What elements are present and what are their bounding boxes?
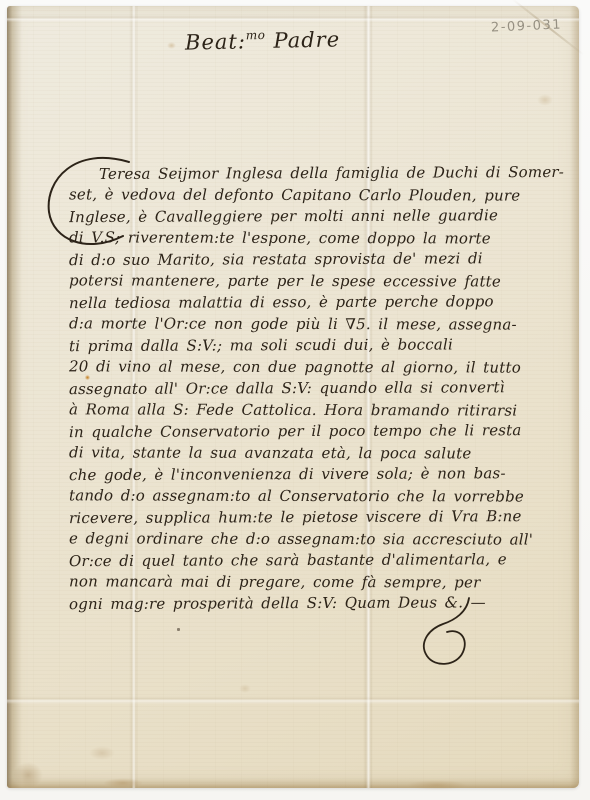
paper-bottom-edge (7, 778, 579, 788)
salutation-heading: Beat:moPadre (185, 26, 341, 54)
letter-line: set, è vedova del defonto Capitano Carlo… (69, 184, 571, 207)
paper-right-edge (570, 6, 579, 788)
letter-line: ogni mag:re prosperità della S:V: Quam D… (69, 592, 571, 616)
letter-line: à Roma alla S: Fede Cattolica. Hora bram… (69, 399, 571, 422)
letter-line: di vita, stante la sua avanzata età, la … (69, 442, 571, 465)
letter-line: in qualche Conservatorio per il poco tem… (69, 420, 571, 444)
closing-flourish (411, 594, 481, 672)
letter-line: Teresa Seijmor Inglesa della famiglia de… (69, 162, 571, 186)
letter-body: Teresa Seijmor Inglesa della famiglia de… (69, 163, 571, 615)
letter-line: di d:o suo Marito, sia restata sprovista… (69, 248, 571, 272)
foxing-spot (537, 94, 553, 106)
salutation-suffix: Padre (273, 27, 340, 52)
letter-line: tando d:o assegnam:to al Conservatorio c… (69, 485, 571, 508)
letter-line: e degni ordinare che d:o assegnam:to sia… (69, 528, 571, 551)
letter-line: nella tediosa malattia di esso, è parte … (69, 291, 571, 315)
fold-crease-horizontal-bottom (7, 696, 579, 704)
foxing-spot (239, 684, 251, 693)
letter-line: 20 di vino al mese, con due pagnotte al … (69, 356, 571, 379)
letter-line: non mancarà mai di pregare, come fà semp… (69, 571, 571, 594)
ink-speck (177, 628, 180, 631)
document-photo: 2-09-031 Beat:moPadre Teresa Seijmor Ing… (0, 0, 590, 800)
paper-left-edge (7, 6, 22, 788)
foxing-spot (89, 746, 115, 760)
letter-line: ti prima dalla S:V:; ma soli scudi dui, … (69, 334, 571, 358)
salutation-superscript: mo (246, 28, 266, 42)
foxing-spot (167, 42, 176, 49)
letter-line: ricevere, supplica hum:te le pietose vis… (69, 506, 571, 530)
archive-label: 2-09-031 (491, 17, 563, 35)
letter-line: potersi mantenere, parte per le spese ec… (69, 270, 571, 293)
letter-line: d:a morte l'Or:ce non gode più li ∇5. il… (69, 313, 571, 336)
letter-line: Inglese, è Cavalleggiere per molti anni … (69, 205, 571, 229)
letter-line: di V.S; riverentem:te l'espone, come dop… (69, 227, 571, 250)
letter-line: assegnato all' Or:ce dalla S:V: quando e… (69, 377, 571, 401)
letter-line: Or:ce di quel tanto che sarà bastante d'… (69, 549, 571, 573)
salutation-prefix: Beat: (185, 29, 246, 54)
letter-line: che gode, è l'inconvenienza di vivere so… (69, 463, 571, 487)
manuscript-paper: 2-09-031 Beat:moPadre Teresa Seijmor Ing… (7, 6, 579, 788)
